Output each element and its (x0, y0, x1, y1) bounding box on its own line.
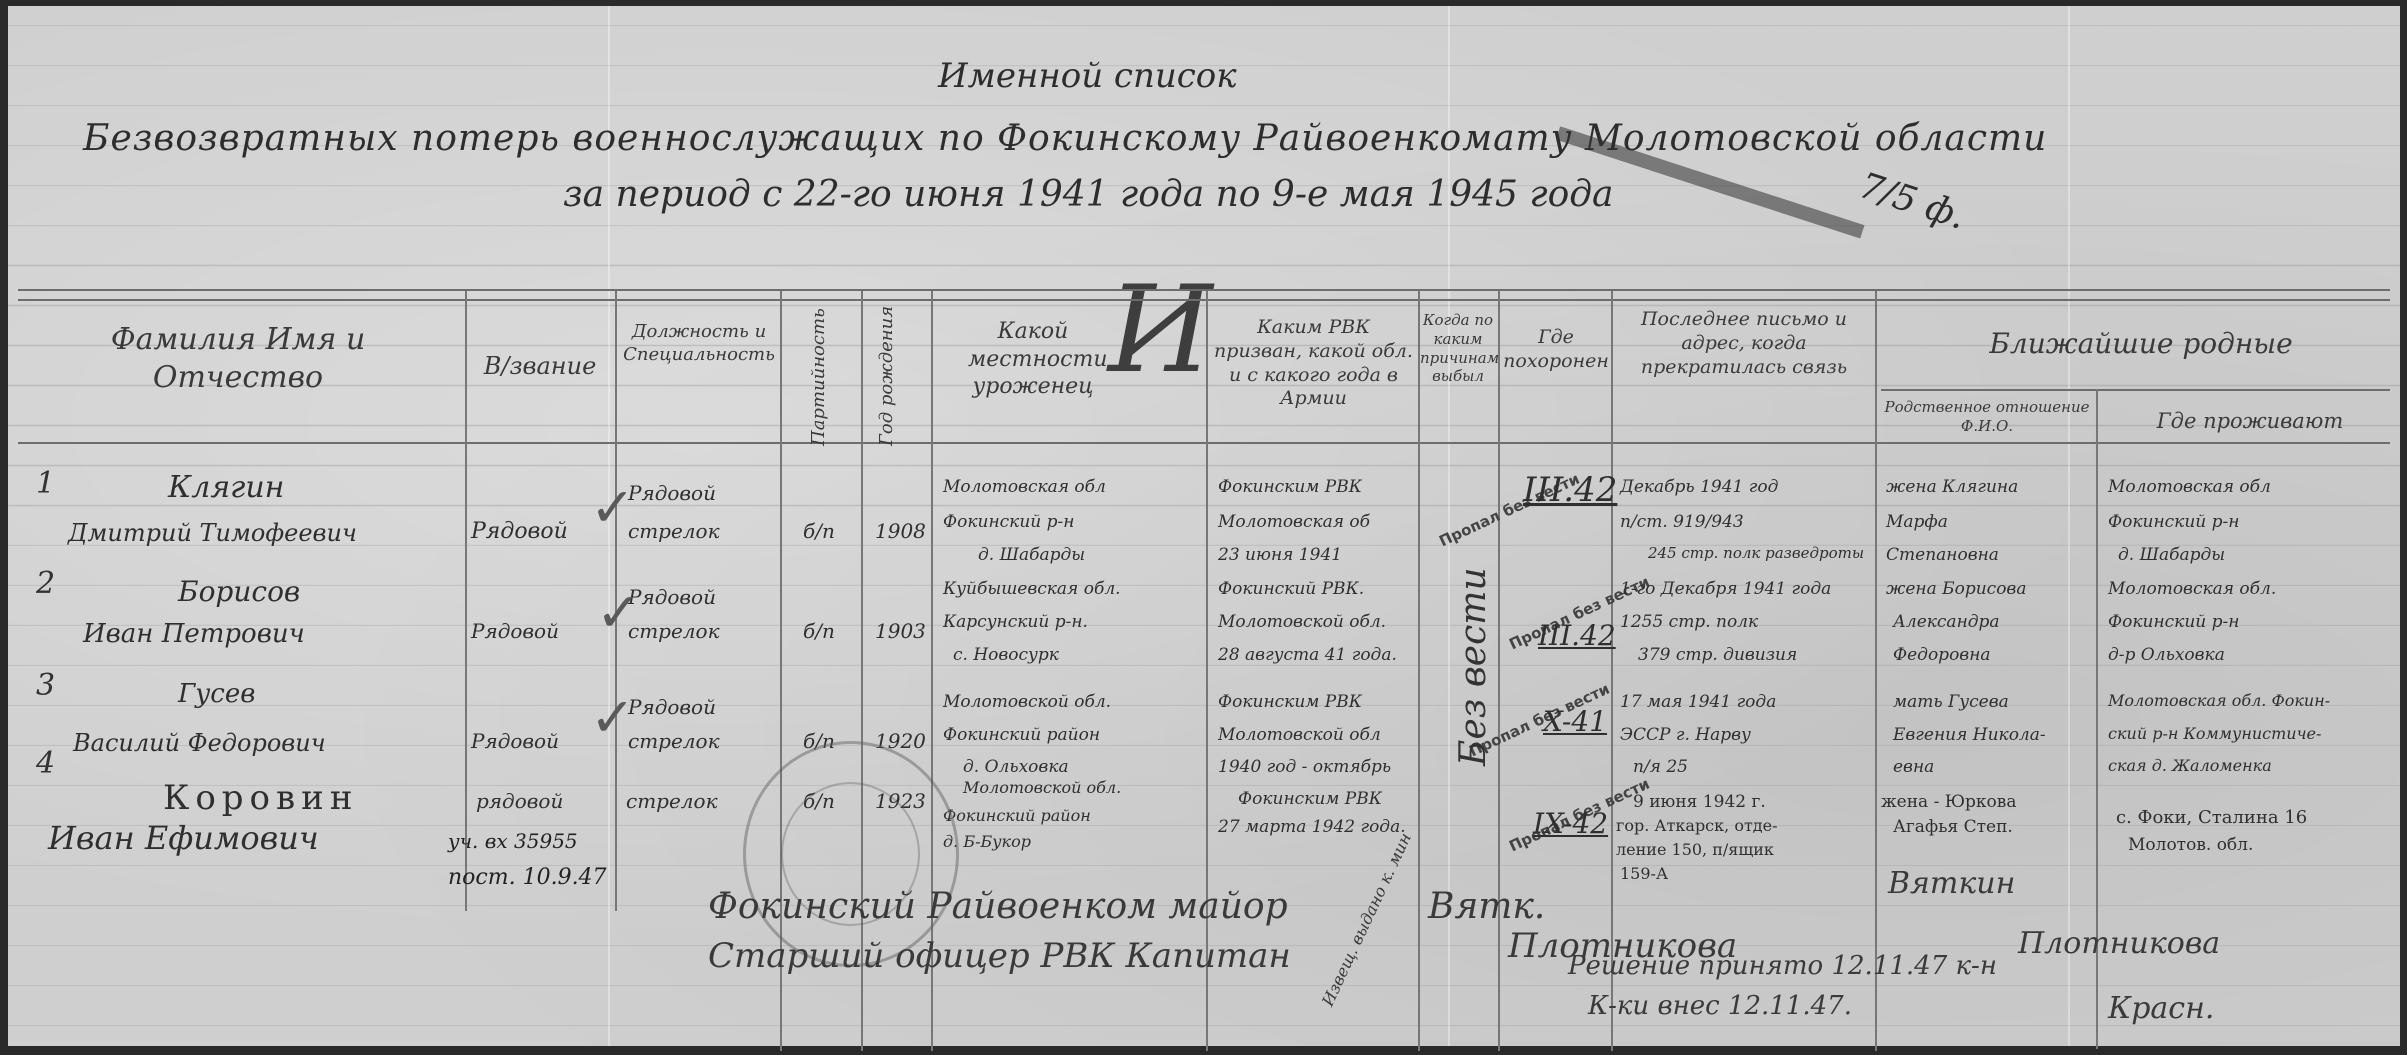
rank: Рядовой (471, 618, 559, 644)
residence-line: Молотовская обл. Фокин- (2108, 691, 2330, 712)
letter-line: 1255 стр. полк (1620, 611, 1758, 633)
header-party: Партийность (808, 308, 829, 446)
surname: Гусев (178, 678, 255, 712)
vertical-missing-note: Без вести (1453, 567, 1494, 766)
signature-officer-name-b: Плотникова (2018, 926, 2220, 961)
relation-line: Александра (1893, 611, 2000, 633)
rank: Рядовой (471, 728, 559, 754)
header-relatives: Ближайшие родные (1881, 326, 2401, 361)
received-note: пост. 10.9.47 (448, 864, 607, 893)
letter-line: 379 стр. дивизия (1638, 644, 1797, 666)
rvk-line: 23 июня 1941 (1218, 544, 1342, 566)
letter-line: 9 июня 1942 г. (1633, 791, 1766, 813)
when-date: III.42 (1538, 618, 1616, 654)
residence-line: Молотовская обл (2108, 476, 2271, 498)
residence-line: Молотов. обл. (2128, 834, 2253, 856)
document-subtitle: Безвозвратных потерь военнослужащих по Ф… (83, 118, 2047, 159)
rvk-line: Молотовская об (1218, 511, 1370, 533)
header-when: Когда по каким причинам выбыл (1420, 311, 1496, 386)
document-number: 7/5 ф. (1854, 165, 1970, 238)
residence-line: д. Шабарды (2118, 544, 2225, 566)
check-mark-icon: ✓ (590, 686, 635, 749)
rvk-line: Фокинский РВК. (1218, 578, 1364, 600)
native-line: с. Новосурк (953, 644, 1059, 666)
birth-year: 1903 (875, 618, 926, 644)
rvk-line: 28 августа 41 года. (1218, 644, 1397, 666)
when-date: IX-42 (1533, 806, 1608, 842)
given-names: Василий Федорович (73, 728, 326, 759)
given-names: Иван Петрович (83, 618, 305, 652)
residence-line: ская д. Жаломенка (2108, 756, 2272, 777)
signature-commissar-name: Вятк. (1428, 886, 1545, 927)
header-bottom-rule (18, 442, 2390, 444)
position-line-1: Рядовой (628, 694, 716, 720)
relation-line: жена Борисова (1886, 578, 2026, 600)
column-divider (465, 291, 467, 911)
position-line-2: стрелок (628, 728, 720, 754)
rvk-line: Фокинским РВК (1238, 788, 1382, 810)
signature-relative: Вяткин (1888, 866, 2015, 901)
letter-line: 1-го Декабря 1941 года (1620, 578, 1831, 600)
decision-signature: Красн. (2108, 991, 2214, 1026)
letter-line: Декабрь 1941 год (1620, 476, 1778, 498)
position-line-1: Рядовой (628, 480, 716, 506)
relation-line: мать Гусева (1893, 691, 2009, 713)
row-number: 4 (36, 746, 55, 781)
native-line: Фокинский р-н (943, 511, 1074, 533)
notice-note: Извещ. выдано к. мин (1318, 830, 1415, 1009)
letter-line: 17 мая 1941 года (1620, 691, 1776, 713)
position-line-2: стрелок (628, 518, 720, 544)
registry-note: уч. вх 35955 (448, 828, 578, 854)
residence-line: д-р Ольховка (2108, 644, 2225, 666)
relation-line: жена Клягина (1886, 476, 2018, 498)
header-relation: Родственное отношение Ф.И.О. (1881, 398, 2093, 436)
decision-line-1: Решение принято 12.11.47 к-н (1568, 951, 1997, 981)
letter-line: п/ст. 919/943 (1620, 511, 1744, 533)
document-sheet: Именной список Безвозвратных потерь воен… (8, 6, 2400, 1046)
residence-line: Фокинский р-н (2108, 511, 2239, 533)
relation-line: Федоровна (1893, 644, 1991, 666)
header-name: Фамилия Имя и Отчество (28, 321, 448, 396)
native-line: Фокинский район (943, 806, 1091, 827)
rvk-line: Фокинским РВК (1218, 476, 1362, 498)
column-divider (1875, 291, 1877, 1051)
row-number: 1 (36, 466, 55, 501)
native-line: Фокинский район (943, 724, 1100, 746)
native-line: Молотовская обл (943, 476, 1106, 498)
native-line: Молотовской обл. (963, 778, 1121, 799)
relatives-subheader-rule (1881, 389, 2390, 391)
native-line: Молотовской обл. (943, 691, 1111, 713)
column-divider (1418, 291, 1420, 1051)
relation-line: Евгения Никола- (1893, 724, 2046, 746)
residence-line: с. Фоки, Сталина 16 (2116, 806, 2307, 829)
rvk-line: 27 марта 1942 года. (1218, 816, 1406, 838)
rvk-line: 1940 год - октябрь (1218, 756, 1391, 778)
relation-line: Агафья Степ. (1893, 816, 2013, 838)
rvk-line: Молотовской обл (1218, 724, 1381, 746)
header-birth-year: Год рождения (876, 306, 897, 446)
document-period: за период с 22-го июня 1941 года по 9-е … (563, 174, 1614, 215)
party: б/п (803, 618, 835, 644)
native-line: д. Шабарды (978, 544, 1085, 566)
check-mark-icon: ✓ (596, 581, 641, 644)
table-top-rule-2 (18, 299, 2390, 301)
relation-line: евна (1893, 756, 1934, 778)
fold-crease (2068, 6, 2070, 1046)
header-buried: Где похоронен (1503, 326, 1609, 374)
letter-line: гор. Аткарск, отде- (1616, 816, 1778, 837)
letter-line: ление 150, п/ящик (1616, 840, 1774, 861)
row-number: 2 (36, 566, 55, 601)
residence-line: Фокинский р-н (2108, 611, 2239, 633)
header-rvk: Каким РВК призван, какой обл. и с какого… (1211, 316, 1416, 411)
native-line: д. Ольховка (963, 756, 1069, 778)
official-seal (743, 741, 959, 967)
given-names: Дмитрий Тимофеевич (68, 518, 357, 549)
rank: Рядовой (471, 518, 568, 547)
signature-officer: Старший офицер РВК Капитан (708, 936, 1291, 976)
rvk-line: Молотовской обл. (1218, 611, 1386, 633)
relation-line: Марфа (1886, 511, 1948, 533)
relation-line: жена - Юркова (1881, 791, 2016, 813)
letter-line: 245 стр. полк разведроты (1648, 544, 1864, 564)
header-position: Должность и Специальность (620, 321, 778, 366)
position-line-2: стрелок (628, 618, 720, 644)
surname: Клягин (168, 468, 284, 507)
header-rank: В/звание (470, 351, 610, 381)
relation-line: Степановна (1886, 544, 1999, 566)
when-date: III.42 (1523, 468, 1617, 512)
margin-mark: И (1108, 261, 1213, 400)
header-native: Какой местности уроженец (968, 318, 1098, 401)
signature-commissar: Фокинский Райвоенком майор (708, 886, 1288, 927)
party: б/п (803, 518, 835, 544)
letter-line: ЭССР г. Нарву (1620, 724, 1751, 746)
letter-line: 159-А (1620, 864, 1668, 885)
surname: Борисов (178, 574, 300, 610)
document-title: Именной список (938, 56, 1237, 96)
surname: Коровин (163, 776, 358, 820)
check-mark-icon: ✓ (590, 476, 635, 539)
header-last-letter: Последнее письмо и адрес, когда прекрати… (1616, 308, 1872, 379)
row-number: 3 (36, 668, 55, 703)
decision-line-2: К-ки внес 12.11.47. (1588, 991, 1852, 1021)
when-date: X-41 (1543, 704, 1607, 740)
native-line: Куйбышевская обл. (943, 578, 1121, 600)
rvk-line: Фокинским РВК (1218, 691, 1362, 713)
position-line-2: стрелок (626, 788, 718, 814)
header-residence: Где проживают (2100, 408, 2400, 434)
column-divider (1498, 291, 1500, 1051)
table-top-rule (18, 289, 2390, 291)
rank: рядовой (476, 788, 563, 814)
residence-line: Молотовская обл. (2108, 578, 2276, 600)
given-names: Иван Ефимович (48, 818, 319, 860)
native-line: Карсунский р-н. (943, 611, 1088, 633)
birth-year: 1908 (875, 518, 926, 544)
residence-line: ский р-н Коммунистиче- (2108, 724, 2321, 745)
